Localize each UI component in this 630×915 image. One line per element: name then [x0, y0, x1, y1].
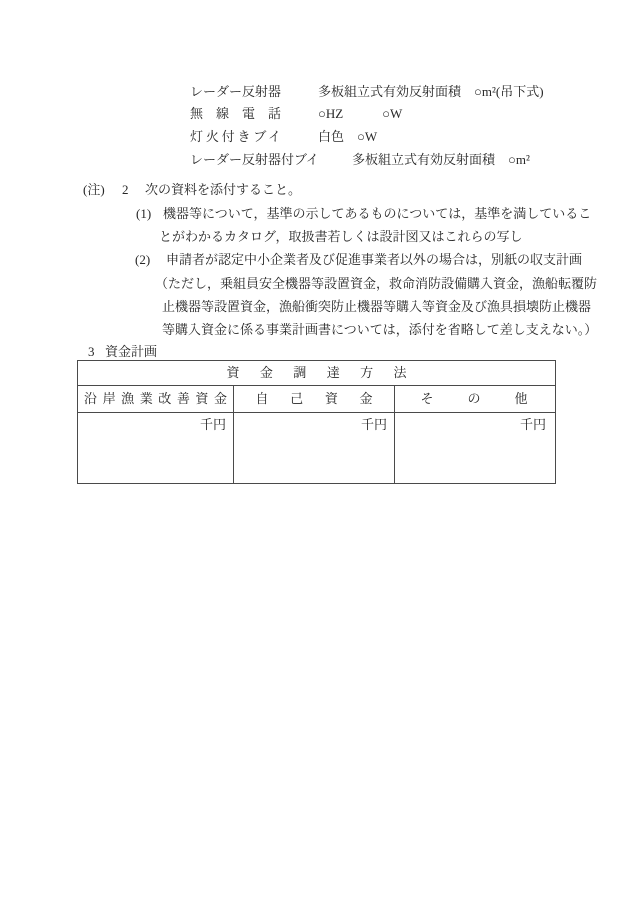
item-text-line: とがわかるカタログ，取扱書若しくは設計図又はこれらの写し	[159, 229, 522, 245]
value-cell-coastal-fund: 千円	[78, 413, 233, 483]
spec-value: ○HZ ○W	[318, 106, 402, 122]
spec-value: 多板組立式有効反射面積 ○m²(吊下式)	[318, 84, 544, 100]
item-text-line: 申請者が認定中小企業者及び促進事業者以外の場合は，別紙の収支計画	[166, 252, 582, 268]
value-cell-other: 千円	[394, 413, 553, 483]
item-text-line: （ただし，乗組員安全機器等設置資金，救命消防設備購入資金，漁船転覆防	[155, 276, 597, 292]
note-number: 2	[122, 182, 129, 198]
table-header-label: 資金調達方法	[227, 365, 407, 381]
column-header-own-fund: 自己資金	[233, 386, 394, 412]
column-header-label: 自己資金	[256, 391, 373, 407]
item-marker: (1)	[136, 206, 151, 222]
column-header-label: その他	[421, 391, 528, 407]
document-page: レーダー反射器 多板組立式有効反射面積 ○m²(吊下式) 無線電話 ○HZ ○W…	[0, 0, 630, 915]
column-header-coastal-fund: 沿岸漁業改善資金	[78, 386, 233, 412]
table-column-header-row: 沿岸漁業改善資金 自己資金 その他	[78, 385, 555, 412]
table-header-row: 資金調達方法	[78, 361, 555, 385]
note-item-2-continued: 等購入資金に係る事業計画書については，添付を省略して差し支えない。）	[0, 322, 630, 339]
column-header-other: その他	[394, 386, 553, 412]
note-item-2-continued: 止機器等設置資金，漁船衝突防止機器等購入等資金及び漁具損壊防止機器	[0, 299, 630, 316]
note-title: 次の資料を添付すること。	[145, 182, 301, 198]
column-header-label: 沿岸漁業改善資金	[84, 391, 227, 407]
table-value-row: 千円 千円 千円	[78, 412, 555, 483]
value-cell-own-fund: 千円	[233, 413, 394, 483]
spec-row-radar-reflector: レーダー反射器 多板組立式有効反射面積 ○m²(吊下式)	[0, 84, 630, 101]
note-item-1-continued: とがわかるカタログ，取扱書若しくは設計図又はこれらの写し	[0, 229, 630, 246]
section-number: 3	[88, 344, 95, 360]
spec-value: 白色 ○W	[318, 129, 377, 145]
item-text-line: 等購入資金に係る事業計画書については，添付を省略して差し支えない。）	[162, 322, 597, 338]
funding-plan-table: 資金調達方法 沿岸漁業改善資金 自己資金 その他 千円 千円 千円	[77, 360, 556, 484]
spec-label: レーダー反射器	[190, 84, 281, 100]
spec-label: レーダー反射器付ブイ	[190, 152, 319, 168]
item-marker: (2)	[135, 252, 150, 268]
spec-label: 無線電話	[190, 106, 281, 122]
spec-row-lighted-buoy: 灯火付きブイ 白色 ○W	[0, 129, 630, 146]
item-text-line: 機器等について，基準の示してあるものについては，基準を満しているこ	[163, 206, 591, 222]
spec-value: 多板組立式有効反射面積 ○m²	[352, 152, 530, 168]
spec-label: 灯火付きブイ	[190, 129, 281, 145]
item-text-line: 止機器等設置資金，漁船衝突防止機器等購入等資金及び漁具損壊防止機器	[162, 299, 591, 315]
note-item-2-continued: （ただし，乗組員安全機器等設置資金，救命消防設備購入資金，漁船転覆防	[0, 276, 630, 293]
note-item-2: (2) 申請者が認定中小企業者及び促進事業者以外の場合は，別紙の収支計画	[0, 252, 630, 269]
spec-row-radio-telephone: 無線電話 ○HZ ○W	[0, 106, 630, 123]
note-heading: (注) 2 次の資料を添付すること。	[0, 182, 630, 199]
section-heading: 3 資金計画	[0, 344, 630, 361]
note-marker: (注)	[83, 182, 105, 198]
section-title: 資金計画	[105, 344, 157, 360]
note-item-1: (1) 機器等について，基準の示してあるものについては，基準を満しているこ	[0, 206, 630, 223]
spec-row-radar-reflector-buoy: レーダー反射器付ブイ 多板組立式有効反射面積 ○m²	[0, 152, 630, 169]
